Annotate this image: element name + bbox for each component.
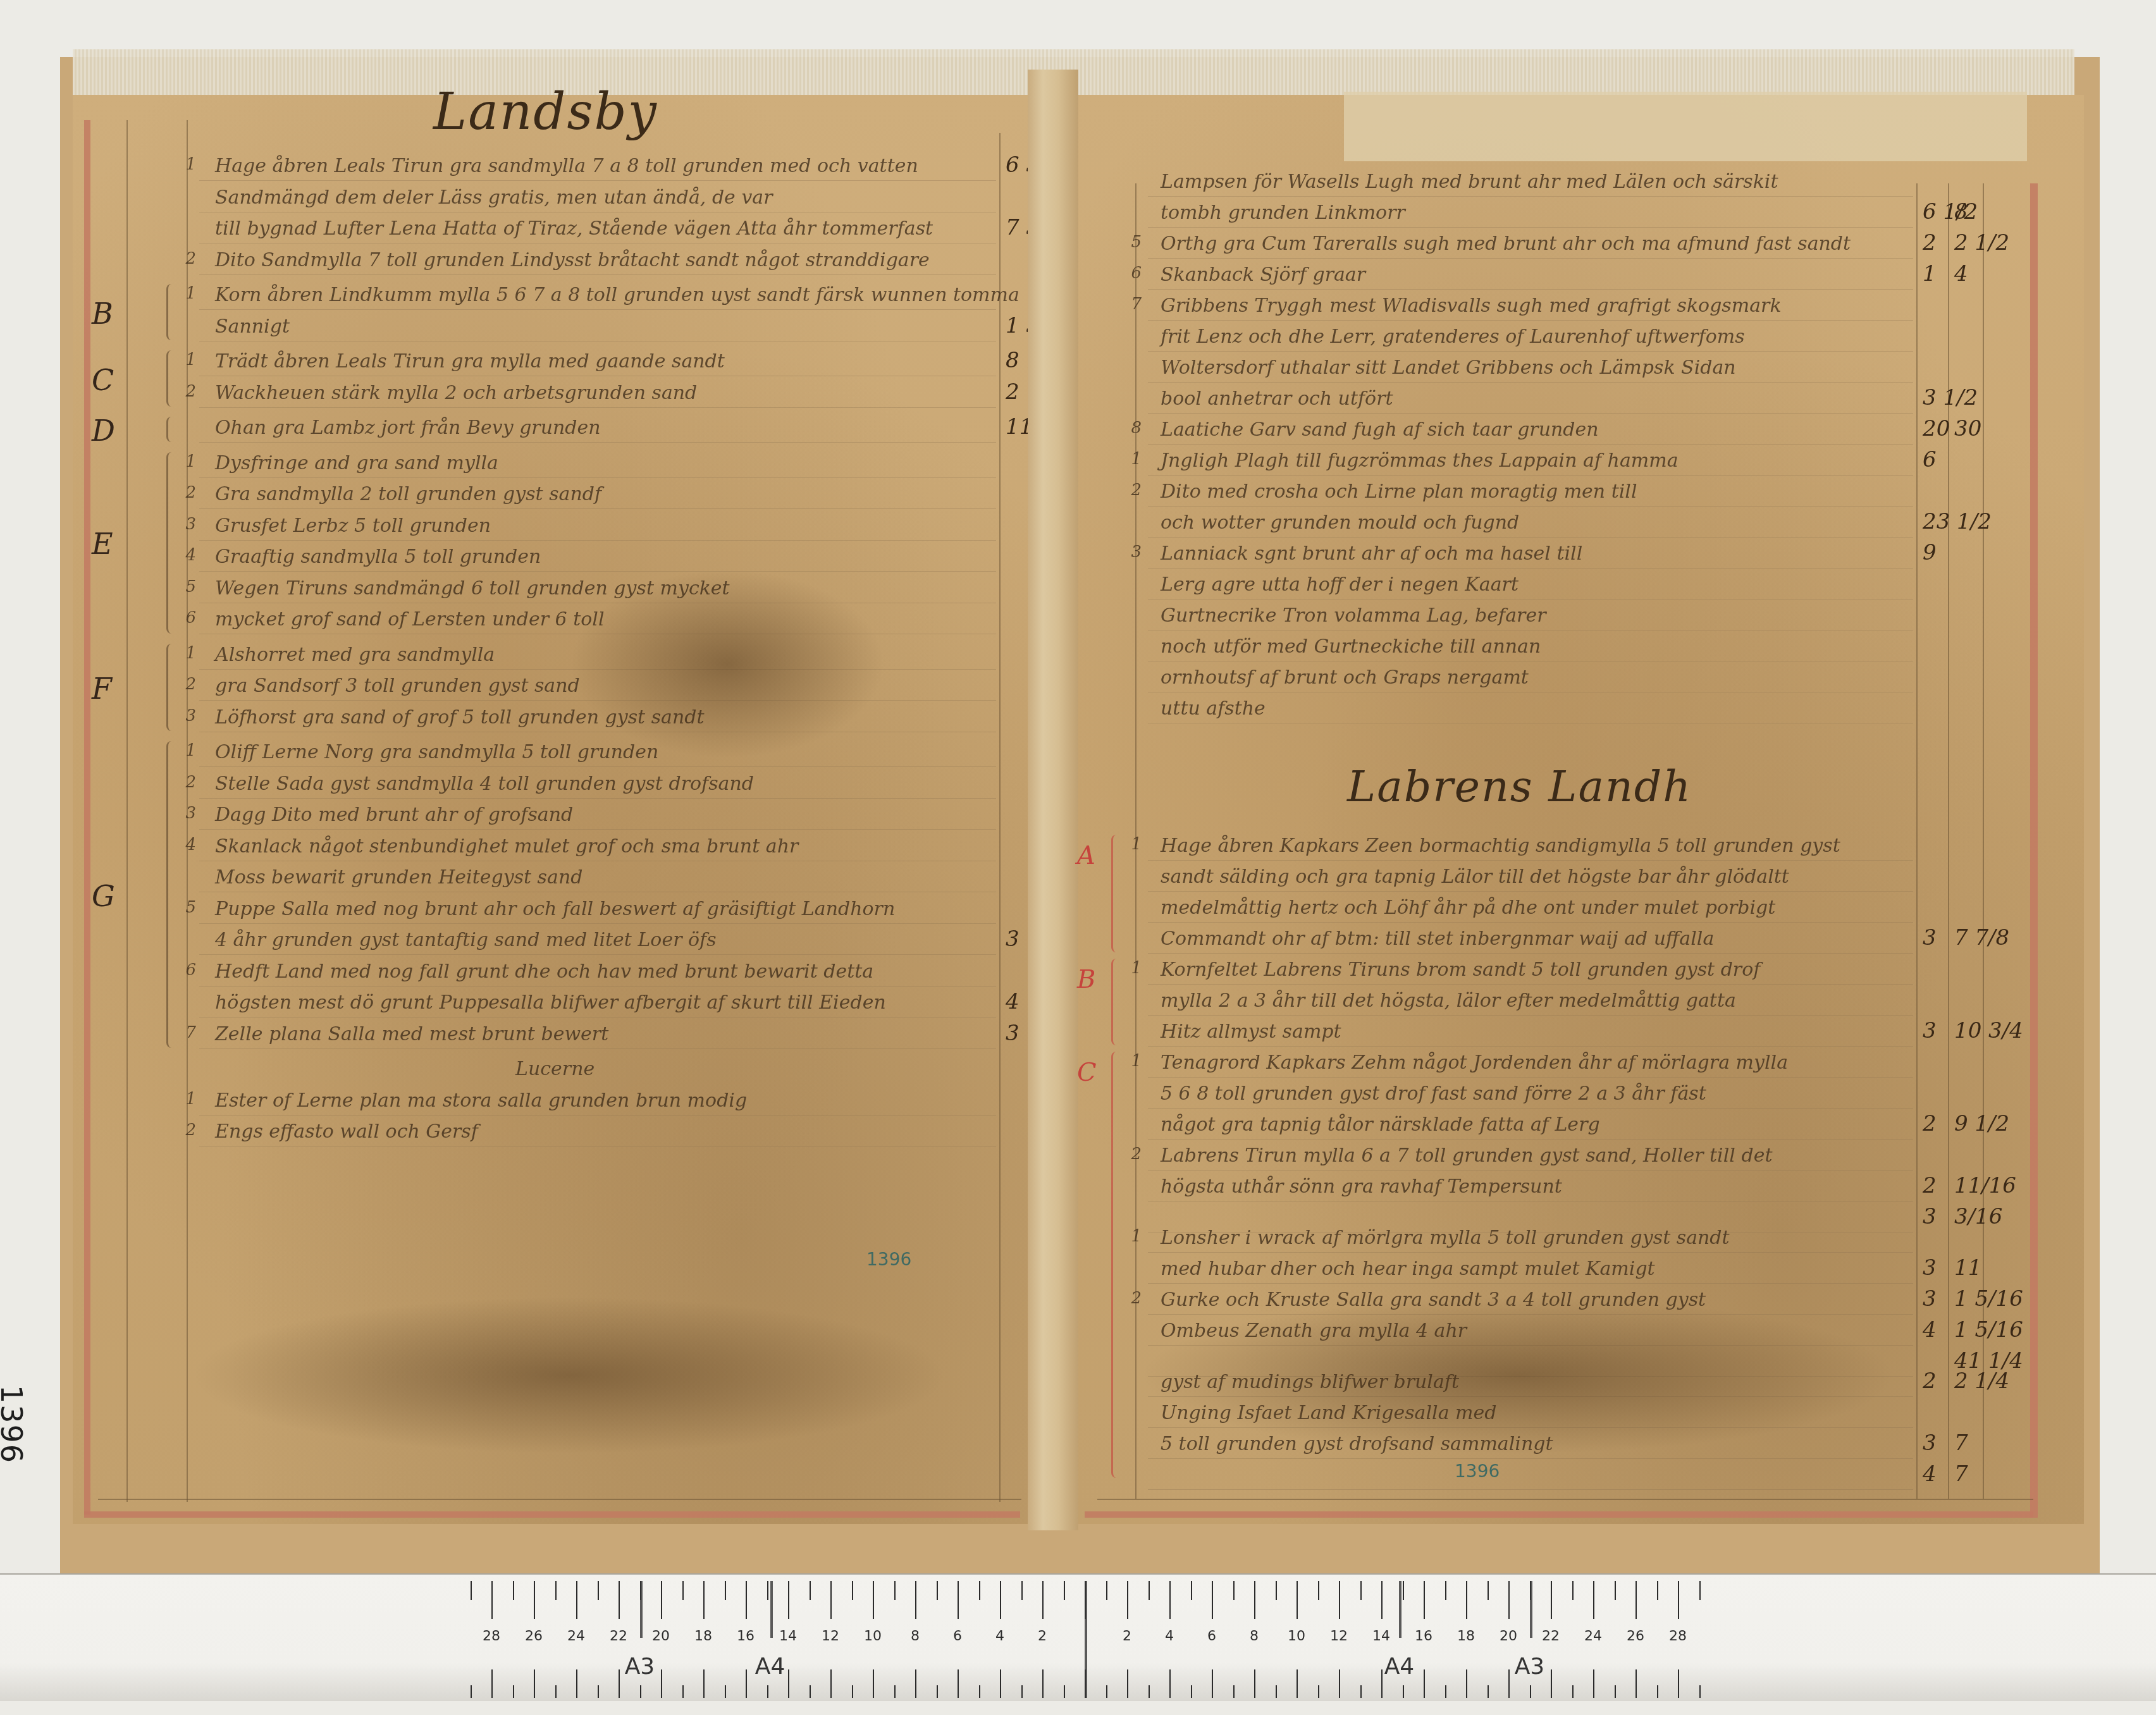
ruler-tick	[894, 1685, 896, 1698]
ruler-tick	[1508, 1669, 1510, 1698]
ruler-label: 22	[1542, 1628, 1560, 1644]
pencil-mark: 1396	[1455, 1461, 1500, 1482]
ledger-row: Woltersdorf uthalar sitt Landet Gribbens…	[1161, 357, 1736, 379]
ruler-label: 10	[1288, 1628, 1305, 1644]
ruler-tick	[1233, 1581, 1235, 1600]
ledger-row: Sandmängd dem deler Läss gratis, men uta…	[215, 187, 773, 209]
section-brace	[1111, 1052, 1119, 1478]
ledger-row: 2Engs effasto wall och Gersf	[215, 1121, 478, 1143]
ruler-tick	[767, 1685, 768, 1698]
entry-text: Tenagrord Kapkars Zehm något Jordenden å…	[1161, 1052, 1788, 1074]
ruler-tick	[937, 1685, 938, 1698]
ruled-line	[199, 892, 996, 892]
paper-format-mark: A4	[1384, 1654, 1415, 1680]
ruler-tick	[1318, 1685, 1319, 1698]
ruler-tick	[1106, 1685, 1107, 1698]
ledger-row: sandt sälding och gra tapnig Lälor till …	[1161, 866, 1789, 888]
entry-text: Gra sandmylla 2 toll grunden gyst sandf	[215, 483, 601, 505]
ruler-tick	[1127, 1669, 1128, 1698]
ruler-tick	[1403, 1685, 1404, 1698]
ruler-tick	[1212, 1669, 1213, 1698]
ledger-row: 6Hedft Land med nog fall grunt dhe och h…	[215, 961, 873, 983]
ruler-tick	[788, 1581, 789, 1619]
ledger-row: 1Tenagrord Kapkars Zehm något Jordenden …	[1161, 1052, 1788, 1074]
ruler-tick	[1127, 1581, 1128, 1619]
ruler-tick	[873, 1669, 874, 1698]
ink-bleed	[1138, 1296, 1897, 1454]
entry-text: Sandmängd dem deler Läss gratis, men uta…	[215, 187, 773, 209]
ruler-label: 4	[995, 1628, 1004, 1644]
ruler-tick	[1064, 1581, 1065, 1600]
ruler-tick	[873, 1581, 874, 1619]
ruler-tick	[1593, 1669, 1594, 1698]
ledger-row: uttu afsthe	[1161, 698, 1266, 720]
ruler-tick	[1276, 1581, 1277, 1600]
ruler-tick	[1276, 1685, 1277, 1698]
ledger-row: 1Trädt åbren Leals Tirun gra mylla med g…	[215, 350, 725, 372]
bottom-rule	[98, 1499, 1021, 1500]
ledger-row: tombh grunden Linkmorr	[1161, 202, 1405, 224]
ruler-tick	[703, 1581, 705, 1619]
paper-format-line	[1530, 1581, 1532, 1638]
ruler-tick	[619, 1581, 620, 1619]
ledger-row: 1Lonsher i wrack af mörlgra mylla 5 toll…	[1161, 1227, 1730, 1249]
spine-gutter	[1028, 70, 1078, 1530]
red-border-bottom	[84, 1511, 1020, 1518]
ruler-label: 8	[1250, 1628, 1259, 1644]
ruler-tick	[1169, 1581, 1171, 1619]
line-number: 4	[171, 546, 196, 565]
ruler-label: 14	[1372, 1628, 1390, 1644]
ruler-tick	[979, 1581, 980, 1600]
ledger-row: Lampsen för Wasells Lugh med brunt ahr m…	[1161, 171, 1778, 193]
ruler-label: 16	[737, 1628, 755, 1644]
entry-text: Oliff Lerne Norg gra sandmylla 5 toll gr…	[215, 741, 658, 763]
ledger-row: 2Dito med crosha och Lirne plan moragtig…	[1161, 481, 1637, 503]
ruled-line	[199, 309, 996, 310]
entry-text: Dito med crosha och Lirne plan moragtig …	[1161, 481, 1637, 503]
ruler-tick	[598, 1685, 599, 1698]
section-letter: E	[92, 527, 113, 561]
ruler-label: 26	[525, 1628, 543, 1644]
entry-text: något gra tapnig tålor närsklade fatta a…	[1161, 1114, 1600, 1136]
ruled-line	[1148, 692, 1913, 692]
page-heading: Landsby	[433, 82, 658, 141]
ruler-label: 22	[610, 1628, 627, 1644]
ruler-label: 12	[1330, 1628, 1348, 1644]
entry-text: högsten mest dö grunt Puppesalla blifwer…	[215, 992, 886, 1014]
ruled-line	[199, 1048, 996, 1049]
ruler-tick	[1657, 1685, 1658, 1698]
ledger-row: 1Dysfringe and gra sand mylla	[215, 452, 498, 474]
red-border-right	[2030, 183, 2038, 1518]
line-number: 5	[1116, 233, 1142, 252]
ruler-tick	[1254, 1669, 1255, 1698]
ruled-line	[1148, 227, 1913, 228]
ruler-tick	[830, 1669, 832, 1698]
ruler-tick	[1424, 1669, 1425, 1698]
amount-rule	[999, 133, 1001, 1502]
line-number: 3	[171, 515, 196, 534]
section-letter: B	[1077, 965, 1095, 994]
section-brace	[166, 284, 175, 340]
entry-text: Hage åbren Leals Tirun gra sandmylla 7 a…	[215, 155, 918, 177]
ruler-tick	[937, 1581, 938, 1600]
entry-text: 5 6 8 toll grunden gyst drof fast sand f…	[1161, 1083, 1706, 1105]
ledger-row: 5 6 8 toll grunden gyst drof fast sand f…	[1161, 1083, 1706, 1105]
ruler-tick	[1488, 1685, 1489, 1698]
ruled-line	[1148, 1046, 1913, 1047]
ruler-tick	[1615, 1581, 1616, 1600]
ruled-line	[1148, 258, 1913, 259]
ruler-tick	[852, 1685, 853, 1698]
ledger-row: 6mycket grof sand of Lersten under 6 tol…	[215, 608, 605, 630]
ruler-tick	[555, 1581, 557, 1600]
line-number: 3	[171, 706, 196, 725]
entry-text: Dysfringe and gra sand mylla	[215, 452, 498, 474]
entry-text: medelmåttig hertz och Löhf åhr på dhe on…	[1161, 897, 1775, 919]
ruler-tick	[1508, 1581, 1510, 1619]
amount-col1: 3	[1923, 1430, 1937, 1456]
entry-text: Lerg agre utta hoff der i negen Kaart	[1161, 574, 1518, 596]
amount-col1: 4	[1923, 1317, 1937, 1343]
amount-rule-2	[1948, 183, 1949, 1499]
ruled-line	[199, 954, 996, 955]
ledger-row: Ohan gra Lambz jort från Bevy grunden	[215, 417, 601, 439]
ruler-tick	[1254, 1581, 1255, 1619]
entry-text: Dito Sandmylla 7 toll grunden Lindysst b…	[215, 249, 930, 271]
ruler-tick	[682, 1581, 684, 1600]
amount-col2: 10 3/4	[1954, 1018, 2023, 1043]
ledger-row: 1Ester of Lerne plan ma stora salla grun…	[215, 1090, 747, 1112]
entry-text: Puppe Salla med nog brunt ahr och fall b…	[215, 898, 895, 920]
ruler-tick	[491, 1669, 493, 1698]
bottom-rule	[1097, 1499, 2033, 1500]
line-number: 2	[1116, 481, 1142, 500]
entry-text: tombh grunden Linkmorr	[1161, 202, 1405, 224]
ruled-line	[199, 442, 996, 443]
ledger-row: Lerg agre utta hoff der i negen Kaart	[1161, 574, 1518, 596]
ruled-line	[199, 212, 996, 212]
entry-text: Engs effasto wall och Gersf	[215, 1121, 478, 1143]
ruler-tick	[1064, 1685, 1065, 1698]
entry-text: Hitz allmyst sampt	[1161, 1021, 1341, 1043]
ruled-line	[199, 508, 996, 509]
amount-col1: 6	[1923, 447, 1937, 472]
entry-text: till bygnad Lufter Lena Hatta of Tiraz, …	[215, 218, 933, 240]
ruler-tick	[1403, 1581, 1404, 1600]
amount-col2: 1 5/16	[1954, 1317, 2023, 1343]
ruler-label: 20	[652, 1628, 670, 1644]
amount: 3	[1006, 1021, 1019, 1046]
entry-text: Orthg gra Cum Tareralls sugh med brunt a…	[1161, 233, 1851, 255]
ledger-row: 4Graaftig sandmylla 5 toll grunden	[215, 546, 541, 568]
ruled-line	[1148, 568, 1913, 569]
amount-col2: 2 1/4	[1954, 1368, 2009, 1394]
entry-text: högsta uthår sönn gra ravhaf Tempersunt	[1161, 1176, 1562, 1198]
ledger-row: 2Labrens Tirun mylla 6 a 7 toll grunden …	[1161, 1145, 1772, 1167]
ruler-label: 28	[483, 1628, 500, 1644]
entry-text: Graaftig sandmylla 5 toll grunden	[215, 546, 541, 568]
ledger-row: 5Orthg gra Cum Tareralls sugh med brunt …	[1161, 233, 1851, 255]
ruler-label: 8	[911, 1628, 920, 1644]
line-number: 1	[1116, 959, 1142, 978]
entry-text: Ohan gra Lambz jort från Bevy grunden	[215, 417, 601, 439]
entry-text: Moss bewarit grunden Heitegyst sand	[215, 866, 582, 888]
line-number: 1	[171, 741, 196, 760]
amount-col1: 1	[1923, 261, 1937, 286]
line-number: 2	[171, 1121, 196, 1140]
ruler-tick	[1021, 1581, 1023, 1600]
ruler-tick	[1360, 1685, 1362, 1698]
ledger-row: 5Puppe Salla med nog brunt ahr och fall …	[215, 898, 895, 920]
entry-text: gra Sandsorf 3 toll grunden gyst sand	[215, 675, 580, 697]
ruler-tick	[1466, 1669, 1467, 1698]
ruler-tick	[1042, 1669, 1044, 1698]
ruler-tick	[746, 1669, 747, 1698]
amount-col2: 1 5/16	[1954, 1286, 2023, 1312]
ruler-tick	[661, 1669, 662, 1698]
ruler-label: 14	[779, 1628, 797, 1644]
ruler-tick	[576, 1581, 577, 1619]
ledger-row: Commandt ohr af btm: till stet inbergnma…	[1161, 928, 1714, 950]
ruled-line	[1148, 723, 1913, 723]
ruler-tick	[810, 1581, 811, 1600]
ruled-line	[1148, 506, 1913, 507]
ruler-tick	[746, 1581, 747, 1619]
ledger-row: 4 åhr grunden gyst tantaftig sand med li…	[215, 929, 717, 951]
ledger-row: 4Skanlack något stenbundighet mulet grof…	[215, 835, 798, 858]
ruled-line	[1148, 1252, 1913, 1253]
ledger-row: högsten mest dö grunt Puppesalla blifwer…	[215, 992, 886, 1014]
ledger-row: 2Gra sandmylla 2 toll grunden gyst sandf	[215, 483, 601, 505]
ruled-line	[1148, 953, 1913, 954]
ruler-tick	[1635, 1581, 1637, 1619]
ruler-tick	[1445, 1685, 1446, 1698]
ruler-tick	[1678, 1581, 1679, 1619]
ink-bleed	[190, 1296, 949, 1454]
section-brace	[1111, 835, 1119, 952]
ruled-line	[199, 923, 996, 924]
ruler-tick	[1678, 1669, 1679, 1698]
amount-col2: 7	[1954, 1461, 1968, 1487]
entry-text: Korn åbren Lindkumm mylla 5 6 7 a 8 toll…	[215, 284, 1019, 306]
section-brace	[166, 417, 175, 442]
amount-col2: 8	[1954, 199, 1968, 224]
paper-format-mark: A3	[625, 1654, 655, 1680]
section-letter: D	[92, 414, 115, 448]
ruled-line	[199, 477, 996, 478]
ruled-line	[1148, 1015, 1913, 1016]
ruler-label: 12	[822, 1628, 839, 1644]
amount-col2: 7 7/8	[1954, 925, 2009, 950]
ruled-line	[199, 1115, 996, 1116]
ruled-line	[1148, 599, 1913, 599]
section-letter: A	[1077, 841, 1095, 870]
stain	[569, 569, 885, 759]
ruler-tick	[1593, 1581, 1594, 1619]
ledger-row: 6Skanback Sjörf graar	[1161, 264, 1365, 286]
paper-format-line	[1399, 1581, 1401, 1638]
margin-rule	[126, 120, 128, 1502]
paper-format-line	[640, 1581, 643, 1638]
line-number: 1	[171, 452, 196, 471]
ledger-row: 3Lanniack sgnt brunt ahr af och ma hasel…	[1161, 543, 1582, 565]
line-number: 3	[1116, 543, 1142, 562]
entry-text: Ester of Lerne plan ma stora salla grund…	[215, 1090, 747, 1112]
ledger-row: något gra tapnig tålor närsklade fatta a…	[1161, 1114, 1600, 1136]
ruler-tick	[830, 1581, 832, 1619]
ruler-label: 24	[567, 1628, 585, 1644]
entry-text: sandt sälding och gra tapnig Lälor till …	[1161, 866, 1789, 888]
amount-col1: 2	[1923, 230, 1937, 255]
ruled-line	[199, 603, 996, 603]
line-number: 7	[1116, 295, 1142, 314]
ruler-tick	[491, 1581, 493, 1619]
entry-text: Zelle plana Salla med mest brunt bewert	[215, 1023, 608, 1045]
entry-text: Trädt åbren Leals Tirun gra mylla med ga…	[215, 350, 725, 372]
ruler-tick	[1233, 1685, 1235, 1698]
line-number: 4	[171, 835, 196, 854]
ledger-row: 1Hage åbren Leals Tirun gra sandmylla 7 …	[215, 155, 918, 177]
section-brace	[1111, 959, 1119, 1045]
ruled-line	[1148, 289, 1913, 290]
ruled-line	[1148, 382, 1913, 383]
ruler-tick	[1149, 1685, 1150, 1698]
amount-col1: 3	[1923, 1286, 1937, 1312]
ruler-tick	[1318, 1581, 1319, 1600]
ruler-tick	[767, 1581, 768, 1600]
section-brace	[166, 452, 175, 634]
section-letter: F	[92, 672, 112, 706]
ruler-tick	[725, 1581, 726, 1600]
ruled-line	[1148, 1489, 1913, 1490]
ruler-label: 18	[1457, 1628, 1475, 1644]
line-number: 7	[171, 1023, 196, 1042]
line-number: 3	[171, 804, 196, 823]
ledger-row: 8Laatiche Garv sand fugh af sich taar gr…	[1161, 419, 1599, 441]
red-border-left	[84, 120, 90, 1515]
ruler-tick	[1021, 1685, 1023, 1698]
entry-text: Skanback Sjörf graar	[1161, 264, 1365, 286]
entry-text: Hedft Land med nog fall grunt dhe och ha…	[215, 961, 873, 983]
entry-text: Grusfet Lerbz 5 toll grunden	[215, 515, 491, 537]
ruler-tick	[1339, 1669, 1340, 1698]
ledger-row: med hubar dher och hear inga sampt mulet…	[1161, 1258, 1655, 1280]
line-number: 5	[171, 898, 196, 917]
ledger-row: 3Grusfet Lerbz 5 toll grunden	[215, 515, 491, 537]
ruler-tick	[1381, 1669, 1383, 1698]
ruler-tick	[1488, 1581, 1489, 1600]
repair-tape	[1344, 92, 2027, 161]
ruled-line	[199, 540, 996, 541]
ledger-row: Moss bewarit grunden Heitegyst sand	[215, 866, 582, 888]
line-number: 8	[1116, 419, 1142, 438]
ruled-line	[199, 798, 996, 799]
amount-col2: 3/16	[1954, 1204, 2002, 1229]
ruled-line	[199, 1146, 996, 1146]
amount: 3	[1006, 926, 1019, 952]
ruler-tick	[725, 1685, 726, 1698]
ruler-tick	[810, 1685, 811, 1698]
ruler-tick	[1615, 1685, 1616, 1698]
ruler-tick	[471, 1581, 472, 1600]
amount-col1: 3	[1923, 1204, 1937, 1229]
amount-col1: 4	[1923, 1461, 1937, 1487]
ruled-line	[199, 274, 996, 275]
amount-col1: 2	[1923, 1173, 1937, 1198]
entry-text: Sannigt	[215, 316, 290, 338]
section-brace	[166, 644, 175, 732]
line-number: 2	[171, 483, 196, 502]
ruled-line	[199, 180, 996, 181]
ledger-row: Hitz allmyst sampt	[1161, 1021, 1341, 1043]
ledger-row: noch utför med Gurtneckiche till annan	[1161, 636, 1541, 658]
ruler-tick	[1297, 1669, 1298, 1698]
section-heading: Labrens Landh	[1347, 762, 1692, 812]
entry-text: Gurtnecrike Tron volamma Lag, befarer	[1161, 605, 1546, 627]
ledger-row: Gurtnecrike Tron volamma Lag, befarer	[1161, 605, 1546, 627]
amount-col1: 9	[1923, 540, 1937, 565]
amount-col2: 2 1/2	[1954, 230, 2009, 255]
line-number: 2	[1116, 1145, 1142, 1164]
ruled-line	[1148, 1170, 1913, 1171]
ruler-label: 6	[953, 1628, 962, 1644]
entry-text: Woltersdorf uthalar sitt Landet Gribbens…	[1161, 357, 1736, 379]
entry-text: och wotter grunden mould och fugnd	[1161, 512, 1519, 534]
ledger-row: 1Kornfeltet Labrens Tiruns brom sandt 5 …	[1161, 959, 1760, 981]
ruled-line	[199, 732, 996, 732]
entry-text: Laatiche Garv sand fugh af sich taar gru…	[1161, 419, 1599, 441]
pencil-mark: 1396	[866, 1249, 911, 1270]
amount-col1: 23 1/2	[1923, 509, 1992, 534]
ruled-line	[1148, 1201, 1913, 1202]
ledger-row: 2Dito Sandmylla 7 toll grunden Lindysst …	[215, 249, 930, 271]
entry-text: med hubar dher och hear inga sampt mulet…	[1161, 1258, 1655, 1280]
section-brace	[166, 741, 175, 1048]
section-brace	[166, 350, 175, 407]
amount-col2: 11/16	[1954, 1173, 2016, 1198]
line-number: 1	[171, 1090, 196, 1109]
ruled-line	[1148, 984, 1913, 985]
ledger-row: ornhoutsf af brunt och Graps nergamt	[1161, 667, 1529, 689]
amount-col1: 3 1/2	[1923, 385, 1978, 410]
ruler-tick	[1212, 1581, 1213, 1619]
ruler-tick	[1149, 1581, 1150, 1600]
ruled-line	[199, 243, 996, 243]
ruler-tick	[1551, 1581, 1552, 1619]
line-number: 1	[1116, 450, 1142, 469]
ruler-label: 16	[1415, 1628, 1432, 1644]
entry-text: Kornfeltet Labrens Tiruns brom sandt 5 t…	[1161, 959, 1760, 981]
ledger-row: 1Oliff Lerne Norg gra sandmylla 5 toll g…	[215, 741, 658, 763]
ruler-tick	[1169, 1669, 1171, 1698]
ruler-tick	[1635, 1669, 1637, 1698]
ruler-label: 28	[1669, 1628, 1687, 1644]
ruler-tick	[598, 1581, 599, 1600]
paper-format-mark: A4	[755, 1654, 785, 1680]
section-letter: C	[92, 363, 114, 397]
ruler-tick	[1297, 1581, 1298, 1619]
ruler-tick	[513, 1581, 514, 1600]
ledger-row: 1Korn åbren Lindkumm mylla 5 6 7 a 8 tol…	[215, 284, 1019, 306]
ruler-tick	[1000, 1669, 1001, 1698]
ruled-line	[1148, 860, 1913, 861]
scale-ruler: 2826242220181614121086422468101214161820…	[0, 1573, 2156, 1701]
ruler-tick	[640, 1685, 641, 1698]
ruled-line	[199, 571, 996, 572]
ledger-row: Sannigt	[215, 316, 290, 338]
